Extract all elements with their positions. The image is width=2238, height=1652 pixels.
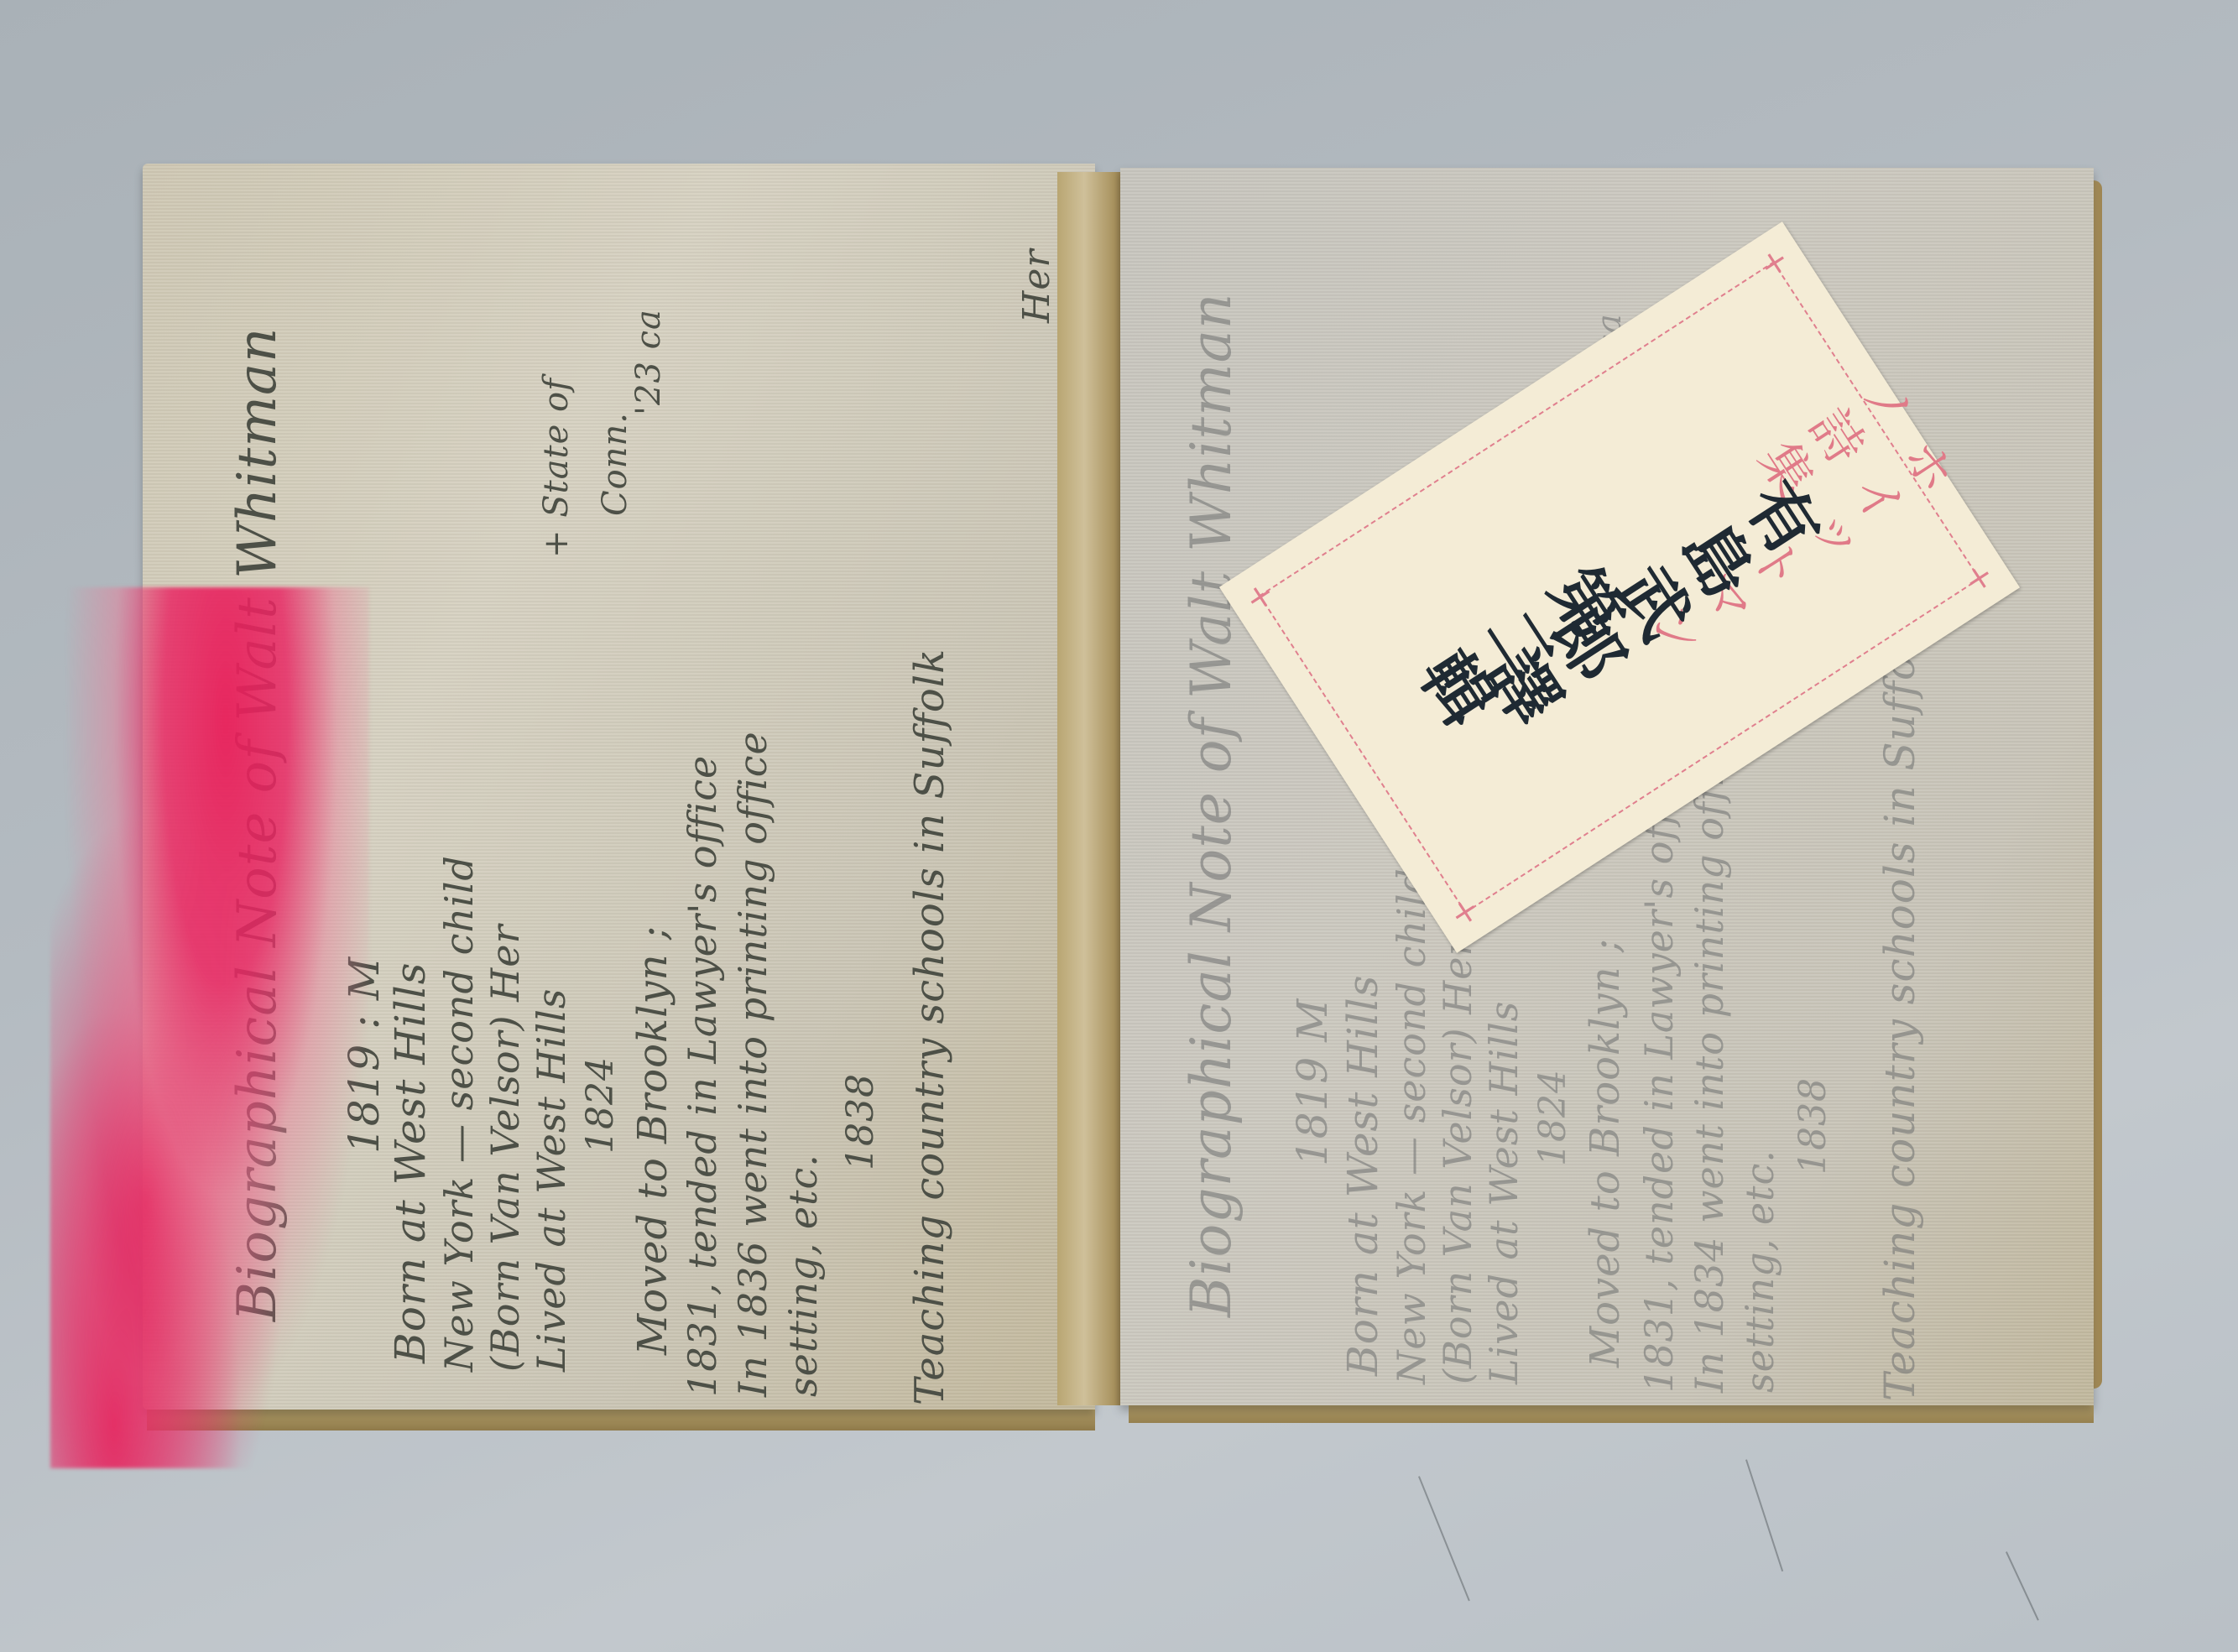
- left-margin-note: '23 ca: [629, 309, 668, 415]
- right-note: New York — second child: [1389, 868, 1434, 1384]
- left-note: Moved to Brooklyn ;: [629, 925, 676, 1355]
- open-book: Biographical Note of Walt Whitman 1819 :…: [0, 0, 2238, 1652]
- left-note: In 1836 went into printing office: [730, 731, 775, 1397]
- left-margin-note: Conn.: [596, 412, 634, 516]
- right-note: 1831, tended in Lawyer's office: [1636, 751, 1682, 1393]
- right-note: Teaching country schools in Suffolk: [1875, 614, 1924, 1401]
- right-note: setting, etc.: [1737, 1149, 1782, 1393]
- right-note-year-1819: 1819 M: [1288, 998, 1337, 1166]
- left-corner-note: Her: [1015, 249, 1058, 323]
- right-note: Moved to Brooklyn ;: [1582, 938, 1629, 1368]
- right-note: In 1834 went into printing office: [1687, 727, 1732, 1393]
- left-note: Born at West Hills: [386, 962, 435, 1363]
- book-spine: [1057, 172, 1124, 1405]
- right-note-year-1838: 1838: [1792, 1077, 1834, 1175]
- right-note: Born at West Hills: [1338, 975, 1387, 1376]
- right-note-year-1824: 1824: [1531, 1069, 1574, 1166]
- left-note: setting, etc.: [780, 1154, 826, 1397]
- left-note: Lived at West Hills: [529, 988, 574, 1372]
- left-note-year-1824: 1824: [579, 1056, 622, 1154]
- red-pigment-stain: [50, 587, 369, 1468]
- left-note-year-1838: 1838: [839, 1073, 882, 1170]
- left-note: (Born Van Velsor) Her: [483, 925, 528, 1372]
- left-margin-note: + State of: [537, 378, 576, 558]
- right-title: Biographical Note of Walt Whitman: [1179, 293, 1244, 1317]
- right-note: Lived at West Hills: [1481, 1001, 1526, 1384]
- right-note: (Born Van Velsor) Her: [1435, 937, 1480, 1384]
- left-note: New York — second child: [436, 855, 482, 1372]
- left-note: Teaching country schools in Suffolk: [906, 649, 953, 1405]
- left-note: 1831, tended in Lawyer's office: [680, 755, 725, 1397]
